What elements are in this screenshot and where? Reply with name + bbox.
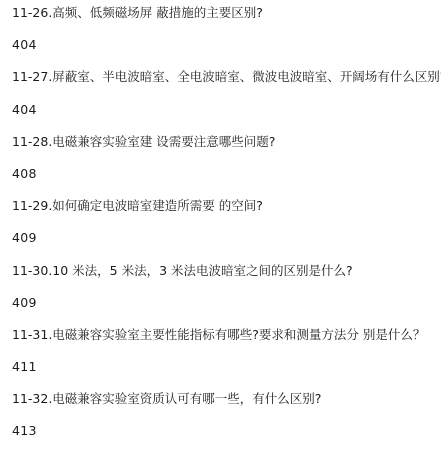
toc-question: 11-28.电磁兼容实验室建 设需要注意哪些问题? [12, 126, 441, 158]
toc-question: 11-31.电磁兼容实验室主要性能指标有哪些?要求和测量方法分 别是什么？ [12, 319, 441, 351]
toc-page-number: 404 [12, 29, 441, 61]
toc-question: 11-30.10 米法，5 米法，3 米法电波暗室之间的区别是什么? [12, 255, 441, 287]
toc-page-number: 404 [12, 94, 441, 126]
toc-question: 11-26.高频、低频磁场屏 蔽措施的主要区别? [12, 0, 441, 29]
document-page: 11-26.高频、低频磁场屏 蔽措施的主要区别? 404 11-27.屏蔽室、半… [0, 0, 441, 447]
toc-page-number: 413 [12, 415, 441, 447]
toc-page-number: 409 [12, 222, 441, 254]
toc-page-number: 408 [12, 158, 441, 190]
toc-page-number: 411 [12, 351, 441, 383]
toc-page-number: 409 [12, 287, 441, 319]
toc-question: 11-32.电磁兼容实验室资质认可有哪一些，有什么区别? [12, 383, 441, 415]
toc-question: 11-29.如何确定电波暗室建造所需要 的空间? [12, 190, 441, 222]
toc-question: 11-27.屏蔽室、半电波暗室、全电波暗室、微波电波暗室、开阔场有什么区别? [12, 61, 441, 93]
